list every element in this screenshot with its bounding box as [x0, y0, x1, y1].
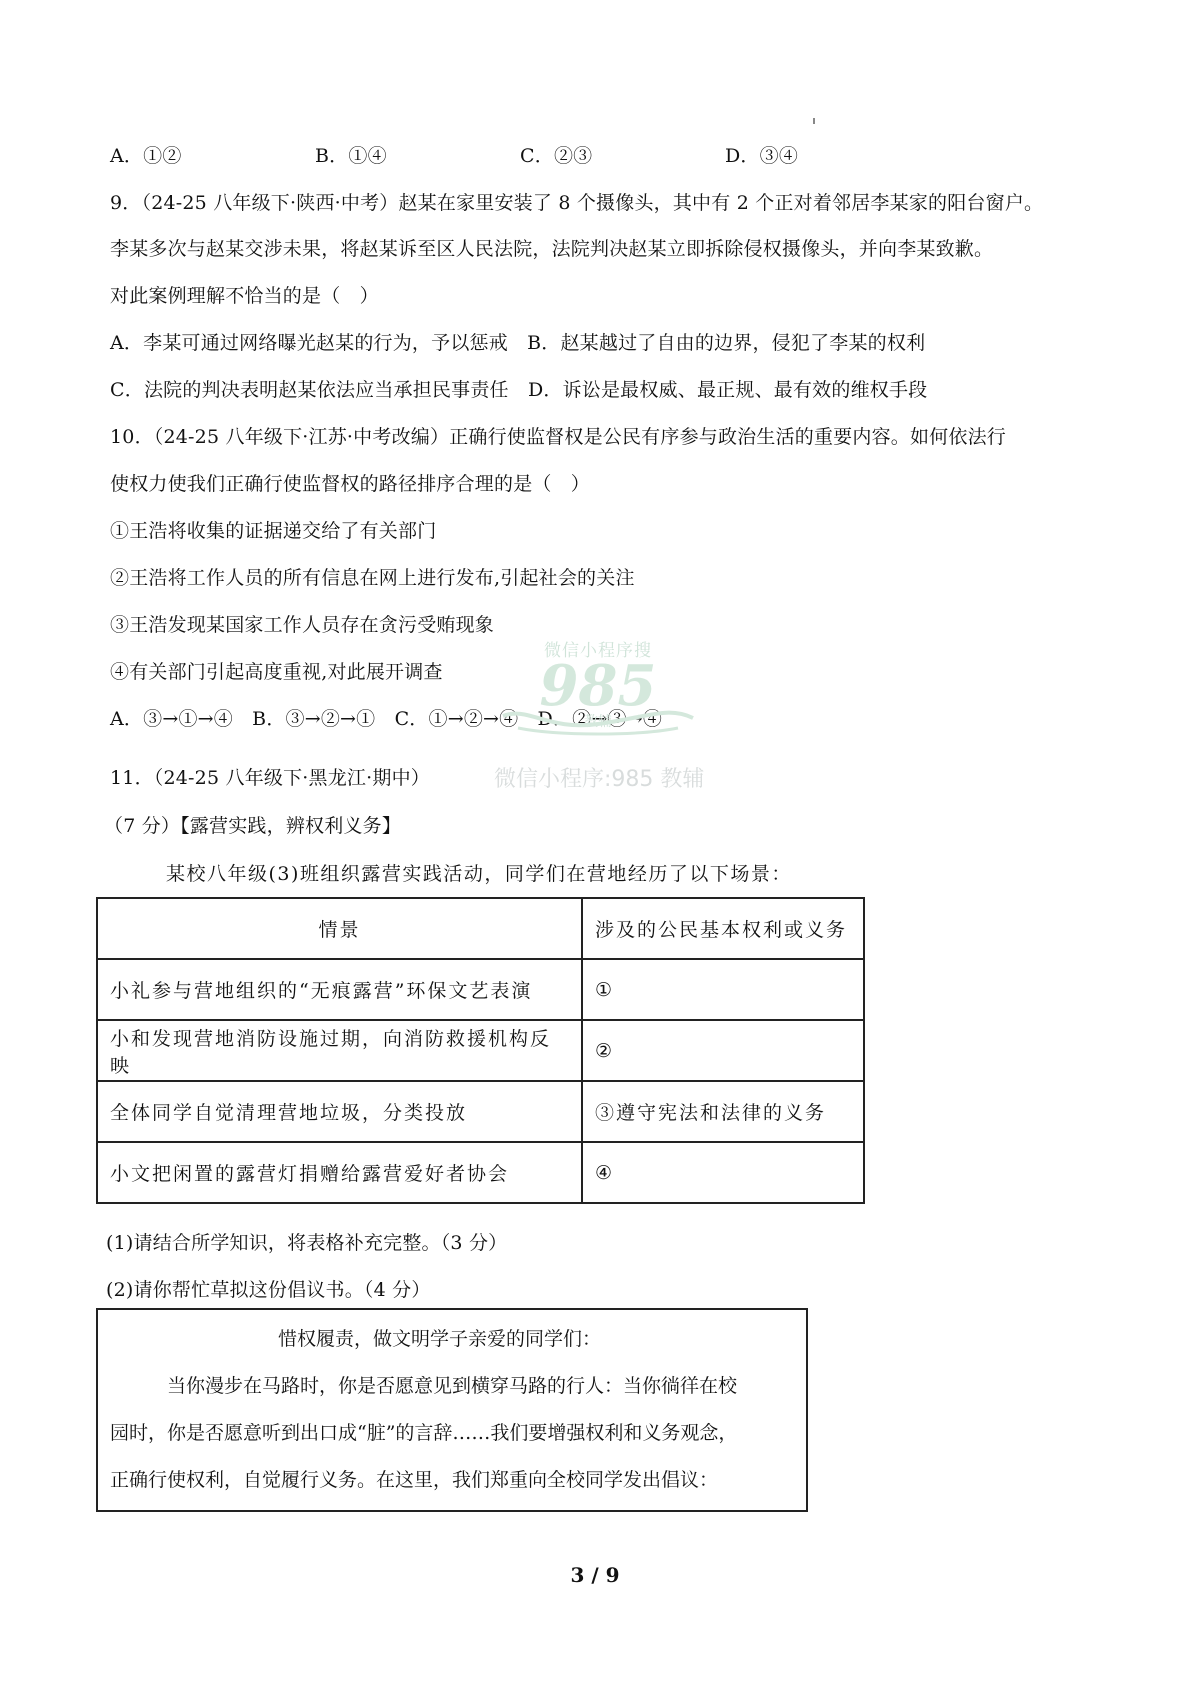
q11-sub-question-1: (1)请结合所学知识，将表格补充完整。（3 分）	[106, 1230, 507, 1256]
option-d: D．③④	[725, 143, 798, 169]
q11-sub-question-2: (2)请你帮忙草拟这份倡议书。（4 分）	[106, 1277, 431, 1303]
q9-question: 对此案例理解不恰当的是（ ）	[110, 283, 379, 309]
q11-title: （7 分）【露营实践，辨权利义务】	[104, 813, 401, 839]
exam-page: A．①②B．①④C．②③D．③④ 9．（24-25 八年级下·陕西·中考）赵某在…	[0, 0, 1190, 1683]
table-row: 全体同学自觉清理营地垃圾，分类投放 ③遵守宪法和法律的义务	[97, 1081, 864, 1142]
option-b: B．①④	[315, 143, 520, 169]
proposal-title: 惜权履责，做文明学子亲爱的同学们：	[278, 1326, 601, 1352]
q10-item-2: ②王浩将工作人员的所有信息在网上进行发布,引起社会的关注	[110, 565, 635, 591]
header-rights-duties: 涉及的公民基本权利或义务	[582, 898, 864, 959]
q10-stem-line-1: 10．（24-25 八年级下·江苏·中考改编）正确行使监督权是公民有序参与政治生…	[110, 424, 1006, 450]
option-a: A．①②	[110, 143, 315, 169]
table-cell-scenario: 小和发现营地消防设施过期，向消防救援机构反映	[97, 1020, 582, 1081]
page-number: 3 / 9	[0, 1563, 1190, 1587]
watermark-top-text: 微信小程序搜	[488, 636, 708, 661]
q11-intro: 某校八年级(3)班组织露营实践活动，同学们在营地经历了以下场景：	[166, 861, 792, 887]
header-scenario: 情景	[97, 898, 582, 959]
scenario-table: 情景 涉及的公民基本权利或义务 小礼参与营地组织的“无痕露营”环保文艺表演 ① …	[96, 897, 865, 1204]
proposal-line-3: 正确行使权利，自觉履行义务。在这里，我们郑重向全校同学发出倡议：	[110, 1467, 718, 1493]
q10-stem-line-2: 使权力使我们正确行使监督权的路径排序合理的是（ ）	[110, 471, 590, 497]
table-cell-scenario: 小文把闲置的露营灯捐赠给露营爱好者协会	[97, 1142, 582, 1203]
table-cell-answer: ③遵守宪法和法律的义务	[582, 1081, 864, 1142]
option-c: C．②③	[520, 143, 725, 169]
watermark-number: 985	[488, 661, 708, 711]
table-row: 小文把闲置的露营灯捐赠给露营爱好者协会 ④	[97, 1142, 864, 1203]
q10-item-3: ③王浩发现某国家工作人员存在贪污受贿现象	[110, 612, 494, 638]
scan-mark	[813, 118, 815, 124]
q9-options-row-2: C．法院的判决表明赵某依法应当承担民事责任 D．诉讼是最权威、最正规、最有效的维…	[110, 377, 927, 403]
table-header-row: 情景 涉及的公民基本权利或义务	[97, 898, 864, 959]
table-cell-scenario: 小礼参与营地组织的“无痕露营”环保文艺表演	[97, 959, 582, 1020]
q10-item-1: ①王浩将收集的证据递交给了有关部门	[110, 518, 436, 544]
table-cell-answer: ②	[582, 1020, 864, 1081]
q9-stem-line-2: 李某多次与赵某交涉未果，将赵某诉至区人民法院，法院判决赵某立即拆除侵权摄像头，并…	[110, 236, 993, 262]
proposal-line-1: 当你漫步在马路时，你是否愿意见到横穿马路的行人：当你徜徉在校	[167, 1373, 737, 1399]
proposal-line-2: 园时，你是否愿意听到出口成“脏”的言辞……我们要增强权利和义务观念，	[110, 1420, 737, 1446]
table-row: 小和发现营地消防设施过期，向消防救援机构反映 ②	[97, 1020, 864, 1081]
watermark-bottom-text: 微信小程序:985 教辅	[494, 762, 704, 793]
q11-header: 11．（24-25 八年级下·黑龙江·期中）	[110, 765, 430, 791]
q10-item-4: ④有关部门引起高度重视,对此展开调查	[110, 659, 443, 685]
proposal-box: 惜权履责，做文明学子亲爱的同学们： 当你漫步在马路时，你是否愿意见到横穿马路的行…	[96, 1308, 808, 1512]
q9-stem-line-1: 9．（24-25 八年级下·陕西·中考）赵某在家里安装了 8 个摄像头，其中有 …	[110, 190, 1043, 216]
q10-options: A．③→①→④ B．③→②→① C．①→②→④ D．②→③→④	[110, 706, 662, 732]
prev-question-options: A．①②B．①④C．②③D．③④	[110, 143, 798, 169]
table-cell-answer: ①	[582, 959, 864, 1020]
table-row: 小礼参与营地组织的“无痕露营”环保文艺表演 ①	[97, 959, 864, 1020]
table-cell-answer: ④	[582, 1142, 864, 1203]
q9-options-row-1: A．李某可通过网络曝光赵某的行为，予以惩戒 B．赵某越过了自由的边界，侵犯了李某…	[110, 330, 925, 356]
table-cell-scenario: 全体同学自觉清理营地垃圾，分类投放	[97, 1081, 582, 1142]
